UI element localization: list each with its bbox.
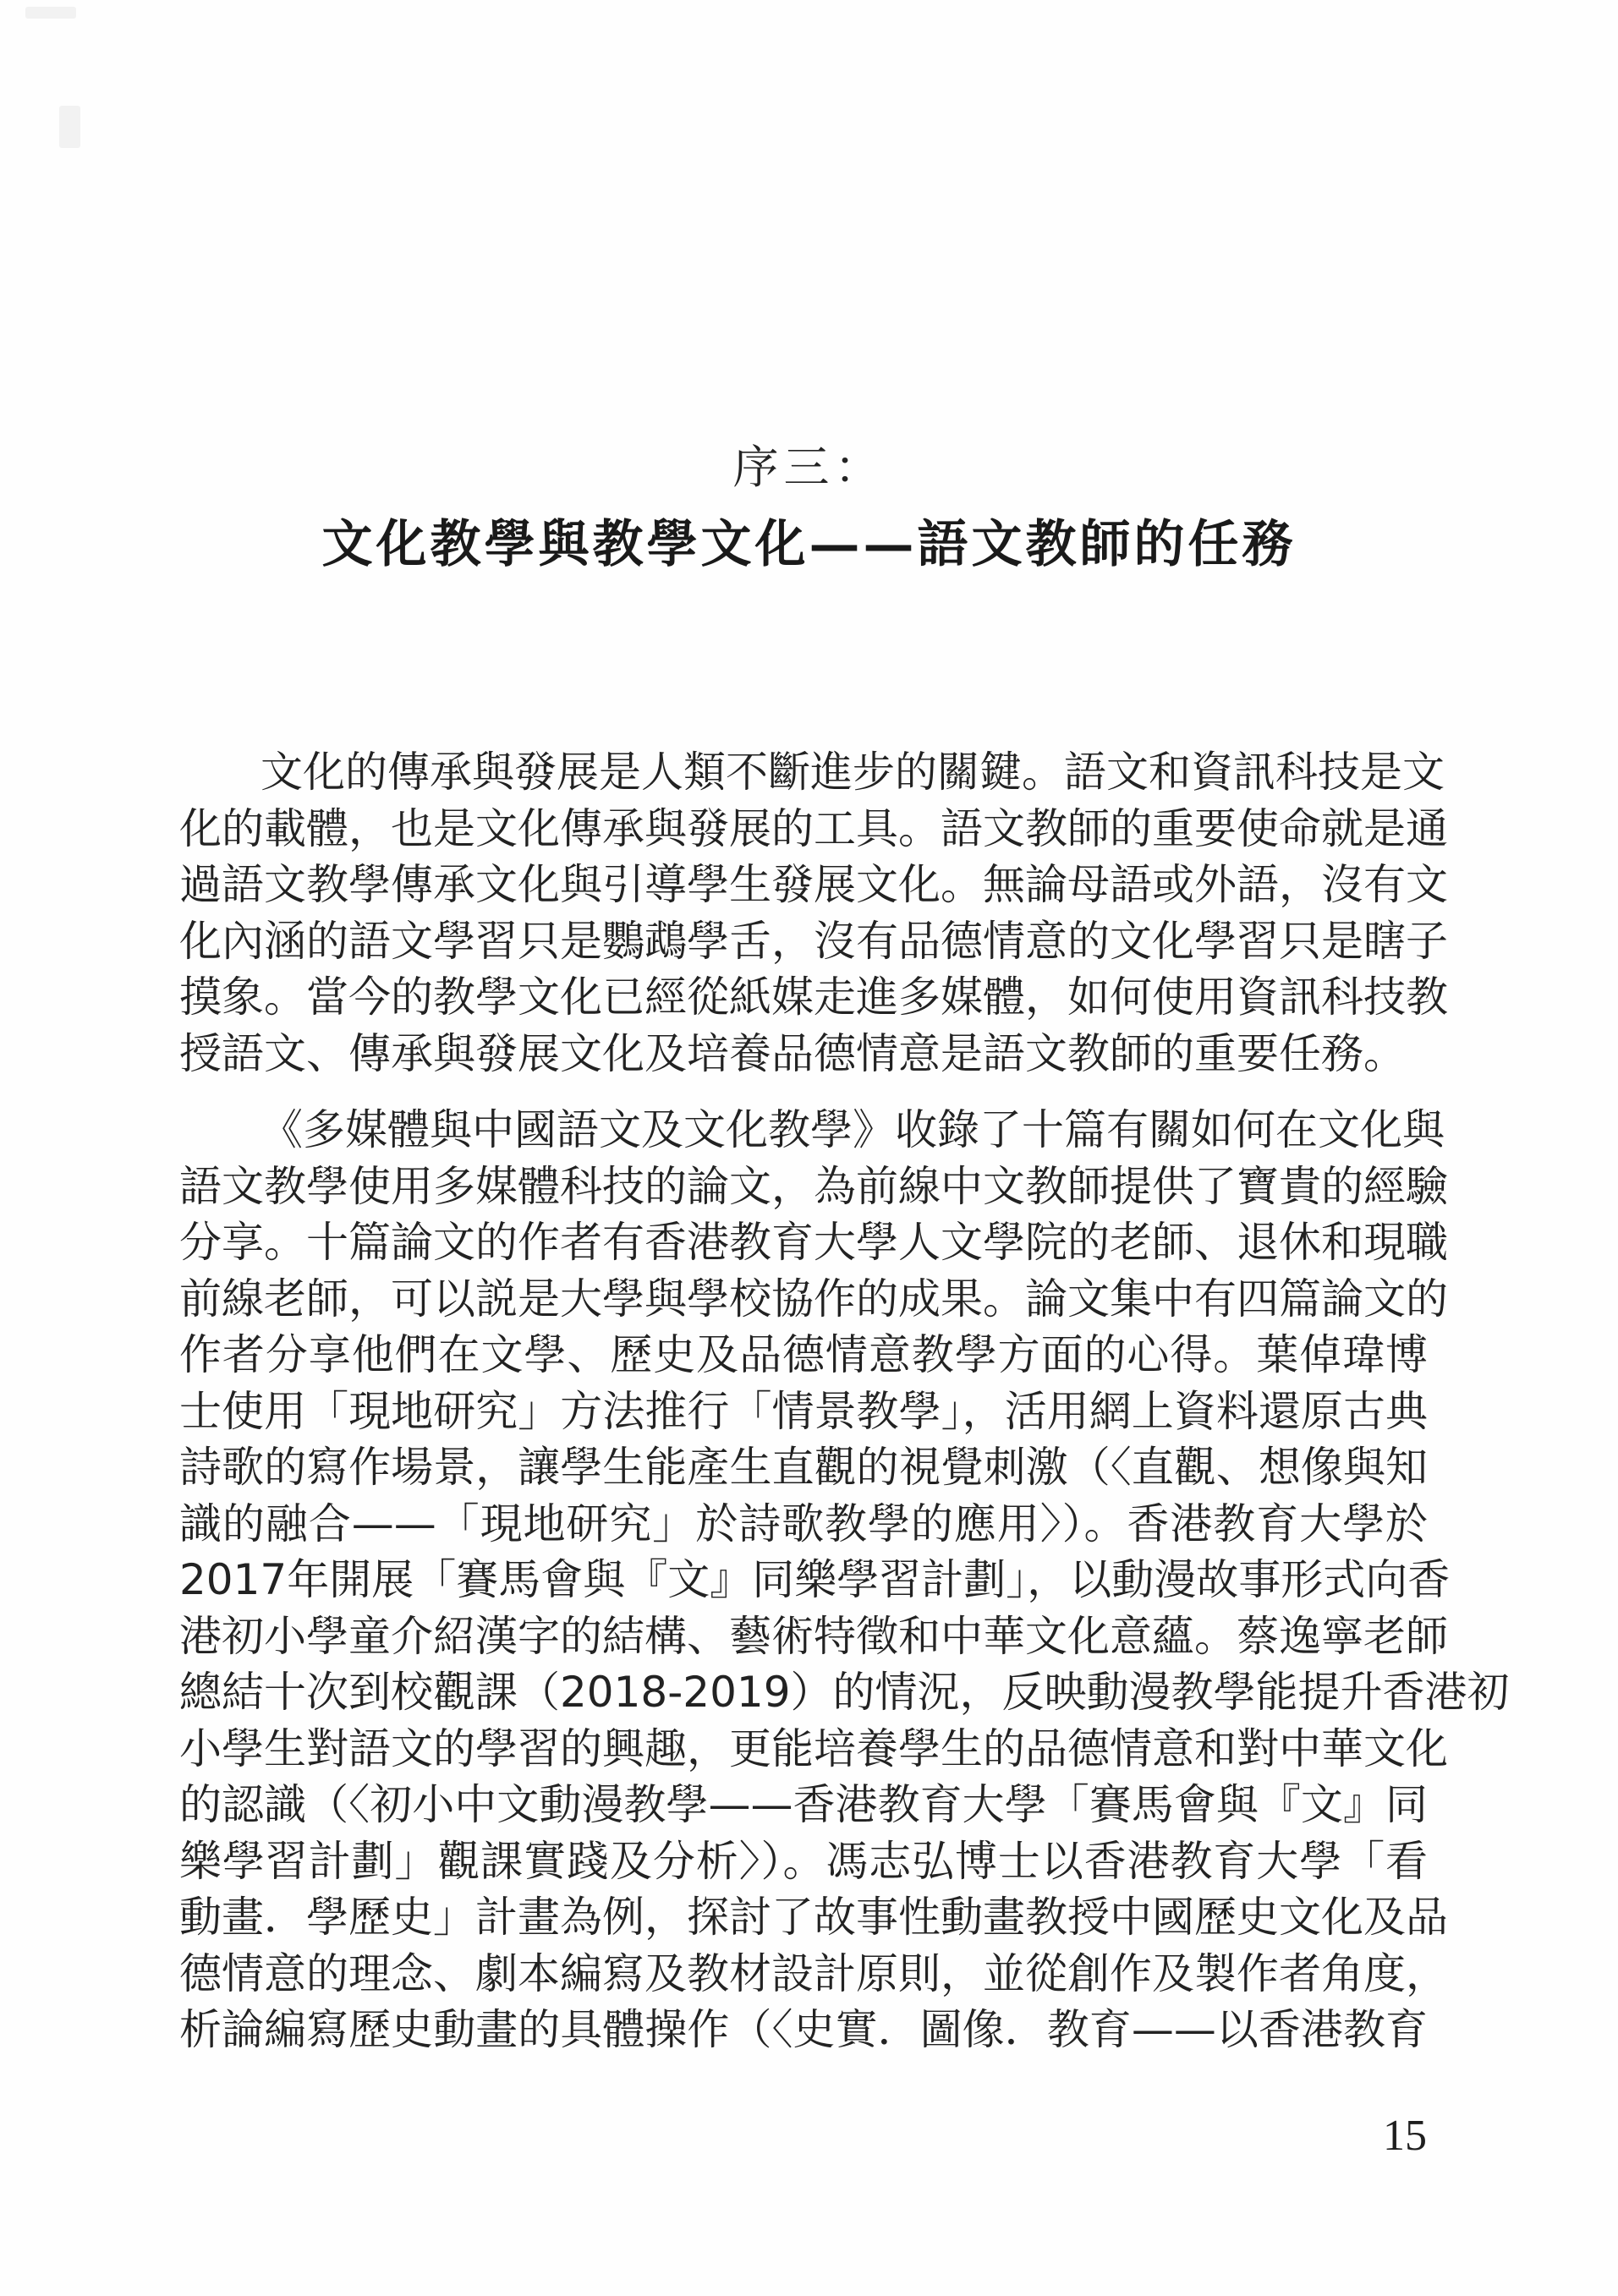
text-line: 2017年開展「賽馬會與『文』同樂學習計劃」，以動漫故事形式向香: [179, 1552, 1428, 1608]
text-line: 授語文、傳承與發展文化及培養品德情意是語文教師的重要任務。: [179, 1026, 1428, 1082]
text-line: 作者分享他們在文學、歷史及品德情意教學方面的心得。葉倬瑋博: [179, 1327, 1428, 1384]
scan-artifact: [59, 106, 80, 148]
text-line: 語文教學使用多媒體科技的論文，為前線中文教師提供了寶貴的經驗: [179, 1159, 1428, 1215]
text-line: 港初小學童介紹漢字的結構、藝術特徵和中華文化意蘊。蔡逸寧老師: [179, 1608, 1428, 1665]
text-line: 詩歌的寫作場景，讓學生能產生直觀的視覺刺激（〈直觀、想像與知: [179, 1439, 1428, 1496]
text-line: 識的融合——「現地研究」於詩歌教學的應用〉）。香港教育大學於: [179, 1496, 1428, 1553]
chapter-title: 文化教學與教學文化——語文教師的任務: [0, 512, 1618, 577]
text-line: 德情意的理念、劇本編寫及教材設計原則，並從創作及製作者角度，: [179, 1946, 1428, 2003]
text-line: 動畫．學歷史」計畫為例，探討了故事性動畫教授中國歷史文化及品: [179, 1889, 1428, 1946]
text-line: 《多媒體與中國語文及文化教學》收錄了十篇有關如何在文化與: [179, 1102, 1428, 1159]
preface-label: 序三：: [0, 440, 1618, 496]
text-line: 化內涵的語文學習只是鸚鵡學舌，沒有品德情意的文化學習只是瞎子: [179, 913, 1428, 970]
text-line: 前線老師，可以説是大學與學校協作的成果。論文集中有四篇論文的: [179, 1271, 1428, 1328]
paragraph-1: 文化的傳承與發展是人類不斷進步的關鍵。語文和資訊科技是文 化的載體，也是文化傳承…: [179, 744, 1428, 1082]
text-line: 士使用「現地研究」方法推行「情景教學」，活用網上資料還原古典: [179, 1384, 1428, 1440]
text-line: 的認識（〈初小中文動漫教學——香港教育大學「賽馬會與『文』同: [179, 1777, 1428, 1833]
text-line: 總結十次到校觀課（2018-2019）的情況，反映動漫教學能提升香港初: [179, 1664, 1428, 1721]
text-line: 小學生對語文的學習的興趣，更能培養學生的品德情意和對中華文化: [179, 1721, 1428, 1778]
scan-artifact: [25, 7, 76, 19]
page-number: 15: [1383, 2111, 1427, 2161]
text-line: 析論編寫歷史動畫的具體操作（〈史實．圖像．教育——以香港教育: [179, 2002, 1428, 2058]
text-line: 分享。十篇論文的作者有香港教育大學人文學院的老師、退休和現職: [179, 1214, 1428, 1271]
text-line: 摸象。當今的教學文化已經從紙媒走進多媒體，如何使用資訊科技教: [179, 969, 1428, 1026]
text-line: 化的載體，也是文化傳承與發展的工具。語文教師的重要使命就是通: [179, 801, 1428, 858]
body-text: 文化的傳承與發展是人類不斷進步的關鍵。語文和資訊科技是文 化的載體，也是文化傳承…: [179, 744, 1428, 2079]
text-line: 過語文教學傳承文化與引導學生發展文化。無論母語或外語，沒有文: [179, 857, 1428, 913]
book-page: 序三： 文化教學與教學文化——語文教師的任務 文化的傳承與發展是人類不斷進步的關…: [0, 0, 1618, 2296]
paragraph-2: 《多媒體與中國語文及文化教學》收錄了十篇有關如何在文化與 語文教學使用多媒體科技…: [179, 1102, 1428, 2058]
text-line: 樂學習計劃」觀課實踐及分析〉）。馮志弘博士以香港教育大學「看: [179, 1833, 1428, 1890]
text-line: 文化的傳承與發展是人類不斷進步的關鍵。語文和資訊科技是文: [179, 744, 1428, 801]
